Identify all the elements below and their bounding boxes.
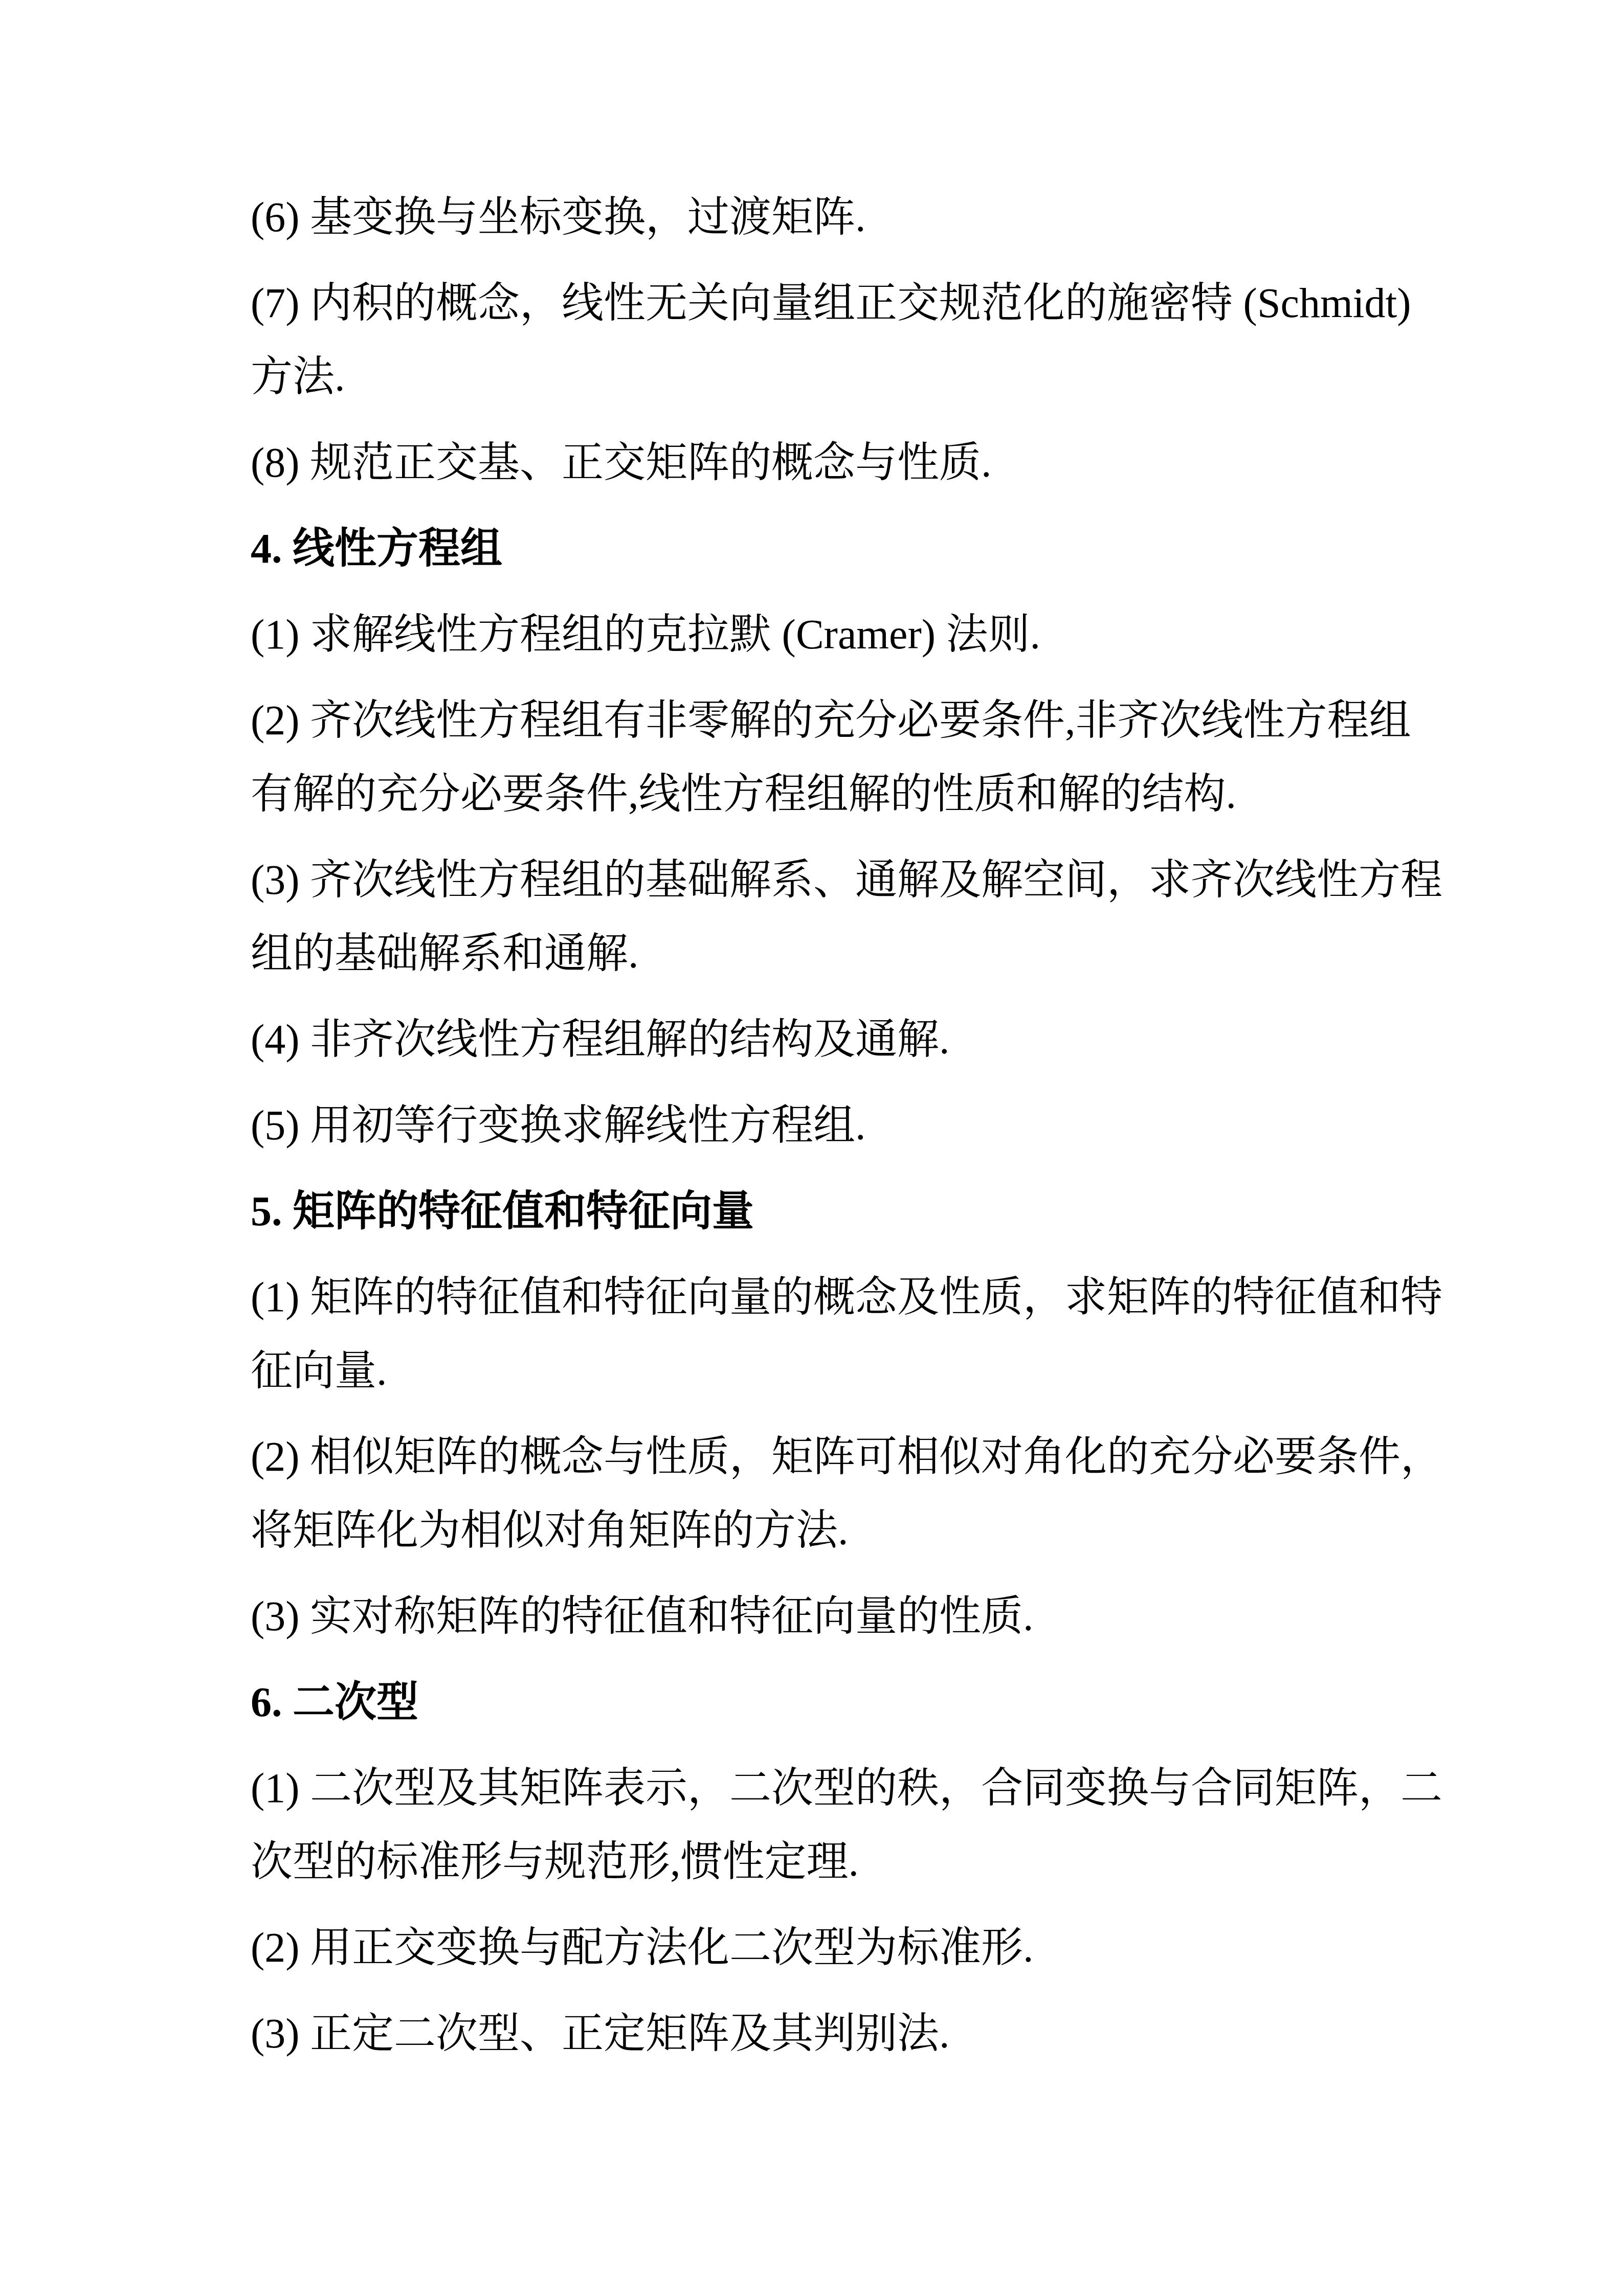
section-heading-6: 6. 二次型: [251, 1665, 1376, 1739]
heading-text: 5. 矩阵的特征值和特征向量: [251, 1175, 1376, 1248]
syllabus-item-5-1: (1) 矩阵的特征值和特征向量的概念及性质，求矩阵的特征值和特 征向量.: [251, 1260, 1376, 1408]
syllabus-item-4-2: (2) 齐次线性方程组有非零解的充分必要条件,非齐次线性方程组 有解的充分必要条…: [251, 684, 1376, 831]
item-line: 有解的充分必要条件,线性方程组解的性质和解的结构.: [251, 757, 1376, 831]
heading-text: 6. 二次型: [251, 1665, 1376, 1739]
syllabus-item-4-5: (5) 用初等行变换求解线性方程组.: [251, 1089, 1376, 1162]
item-line: (2) 用正交变换与配方法化二次型为标准形.: [251, 1911, 1376, 1985]
item-line: (7) 内积的概念，线性无关向量组正交规范化的施密特 (Schmidt): [251, 266, 1376, 340]
item-line: (5) 用初等行变换求解线性方程组.: [251, 1089, 1376, 1162]
item-line: (3) 实对称矩阵的特征值和特征向量的性质.: [251, 1580, 1376, 1653]
document-page: (6) 基变换与坐标变换，过渡矩阵. (7) 内积的概念，线性无关向量组正交规范…: [0, 0, 1624, 2296]
item-line: 方法.: [251, 340, 1376, 414]
heading-text: 4. 线性方程组: [251, 512, 1376, 586]
syllabus-item-5-3: (3) 实对称矩阵的特征值和特征向量的性质.: [251, 1580, 1376, 1653]
item-line: (3) 齐次线性方程组的基础解系、通解及解空间，求齐次线性方程: [251, 843, 1376, 917]
item-line: (8) 规范正交基、正交矩阵的概念与性质.: [251, 426, 1376, 500]
item-line: (2) 相似矩阵的概念与性质，矩阵可相似对角化的充分必要条件，: [251, 1420, 1376, 1494]
section-heading-5: 5. 矩阵的特征值和特征向量: [251, 1175, 1376, 1248]
syllabus-item-7: (7) 内积的概念，线性无关向量组正交规范化的施密特 (Schmidt) 方法.: [251, 266, 1376, 414]
syllabus-item-4-4: (4) 非齐次线性方程组解的结构及通解.: [251, 1003, 1376, 1076]
item-line: (1) 求解线性方程组的克拉默 (Cramer) 法则.: [251, 598, 1376, 671]
syllabus-item-6-3: (3) 正定二次型、正定矩阵及其判别法.: [251, 1997, 1376, 2070]
item-line: (3) 正定二次型、正定矩阵及其判别法.: [251, 1997, 1376, 2070]
item-line: 次型的标准形与规范形,惯性定理.: [251, 1825, 1376, 1899]
syllabus-item-6: (6) 基变换与坐标变换，过渡矩阵.: [251, 181, 1376, 254]
item-line: 将矩阵化为相似对角矩阵的方法.: [251, 1494, 1376, 1567]
syllabus-item-4-1: (1) 求解线性方程组的克拉默 (Cramer) 法则.: [251, 598, 1376, 671]
item-line: (4) 非齐次线性方程组解的结构及通解.: [251, 1003, 1376, 1076]
item-line: (6) 基变换与坐标变换，过渡矩阵.: [251, 181, 1376, 254]
item-line: (1) 矩阵的特征值和特征向量的概念及性质，求矩阵的特征值和特: [251, 1260, 1376, 1334]
syllabus-item-5-2: (2) 相似矩阵的概念与性质，矩阵可相似对角化的充分必要条件， 将矩阵化为相似对…: [251, 1420, 1376, 1567]
syllabus-item-6-2: (2) 用正交变换与配方法化二次型为标准形.: [251, 1911, 1376, 1985]
item-line: (1) 二次型及其矩阵表示，二次型的秩，合同变换与合同矩阵，二: [251, 1751, 1376, 1825]
syllabus-item-6-1: (1) 二次型及其矩阵表示，二次型的秩，合同变换与合同矩阵，二 次型的标准形与规…: [251, 1751, 1376, 1899]
item-line: (2) 齐次线性方程组有非零解的充分必要条件,非齐次线性方程组: [251, 684, 1376, 757]
syllabus-item-4-3: (3) 齐次线性方程组的基础解系、通解及解空间，求齐次线性方程 组的基础解系和通…: [251, 843, 1376, 991]
item-line: 组的基础解系和通解.: [251, 917, 1376, 991]
syllabus-item-8: (8) 规范正交基、正交矩阵的概念与性质.: [251, 426, 1376, 500]
section-heading-4: 4. 线性方程组: [251, 512, 1376, 586]
item-line: 征向量.: [251, 1334, 1376, 1408]
